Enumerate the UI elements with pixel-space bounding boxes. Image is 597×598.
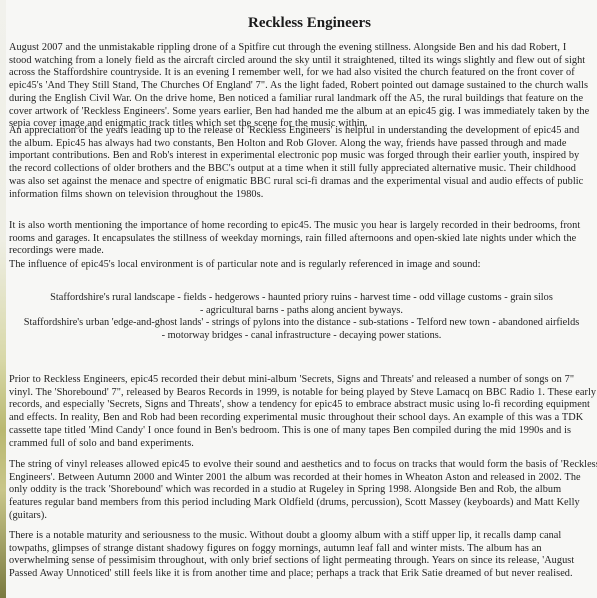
text-line: the album. Epic45 has always had two con… bbox=[9, 138, 583, 151]
text-line: stood watching from a lonely field as th… bbox=[9, 55, 589, 68]
text-line: Prior to Reckless Engineers, epic45 reco… bbox=[9, 374, 596, 387]
text-line: towpaths, glimpses of strange distant sh… bbox=[9, 543, 574, 556]
text-line: The influence of epic45's local environm… bbox=[9, 259, 481, 272]
text-line: rooms and garages. It encapsulates the s… bbox=[9, 233, 580, 246]
text-line: cassette tape titled 'Mind Candy' I once… bbox=[9, 425, 596, 438]
paragraph-early-releases: Prior to Reckless Engineers, epic45 reco… bbox=[9, 374, 596, 450]
paragraph-band-history: An appreciation of the years leading up … bbox=[9, 125, 583, 201]
influence-urban: Staffordshire's urban 'edge-and-ghost la… bbox=[9, 317, 594, 330]
influences-list: Staffordshire's rural landscape - fields… bbox=[9, 292, 594, 343]
text-line: crammed full of solo and band experiment… bbox=[9, 438, 596, 451]
text-line: during the English Civil War. On the dri… bbox=[9, 93, 589, 106]
text-line: epic45's 'And They Still Stand, The Chur… bbox=[9, 80, 589, 93]
text-line: recordings were made. bbox=[9, 245, 580, 258]
text-line: Passed Away Unnoticed' still feels like … bbox=[9, 568, 574, 581]
text-line: It is also worth mentioning the importan… bbox=[9, 220, 580, 233]
text-line: only oddity is the track 'Shorebound' wh… bbox=[9, 484, 597, 497]
text-line: records, and especially 'Secrets, Signs … bbox=[9, 399, 596, 412]
text-line: (guitars). bbox=[9, 510, 597, 523]
text-line: across the Staffordshire countryside. It… bbox=[9, 67, 589, 80]
text-line: important contributions. Ben and Rob's i… bbox=[9, 150, 583, 163]
text-line: vinyl. The 'Shorebound' 7", released by … bbox=[9, 387, 596, 400]
paragraph-home-recording: It is also worth mentioning the importan… bbox=[9, 220, 580, 258]
page-edge-binding bbox=[0, 0, 6, 598]
text-line: information films shown on television th… bbox=[9, 189, 583, 202]
text-line: There is a notable maturity and seriousn… bbox=[9, 530, 574, 543]
text-line: and effects. In reality, Ben and Rob had… bbox=[9, 412, 596, 425]
text-line: overwhelming sense of pessimisim through… bbox=[9, 555, 574, 568]
text-line: The string of vinyl releases allowed epi… bbox=[9, 459, 597, 472]
document-page: Reckless Engineers August 2007 and the u… bbox=[9, 0, 594, 33]
influence-rural-cont: - agricultural barns - paths along ancie… bbox=[9, 305, 594, 318]
text-line: cover artwork of 'Reckless Engineers'. S… bbox=[9, 106, 589, 119]
paragraph-local-environment: The influence of epic45's local environm… bbox=[9, 259, 481, 272]
text-line: An appreciation of the years leading up … bbox=[9, 125, 583, 138]
text-line: Engineers'. Between Autumn 2000 and Wint… bbox=[9, 472, 597, 485]
influence-urban-cont: - motorway bridges - canal infrastructur… bbox=[9, 330, 594, 343]
paragraph-album-mood: There is a notable maturity and seriousn… bbox=[9, 530, 574, 581]
text-line: August 2007 and the unmistakable ripplin… bbox=[9, 42, 589, 55]
text-line: the record collections of older brothers… bbox=[9, 163, 583, 176]
text-line: features regular band members from this … bbox=[9, 497, 597, 510]
paragraph-spitfire-intro: August 2007 and the unmistakable ripplin… bbox=[9, 42, 589, 131]
paragraph-recording-sessions: The string of vinyl releases allowed epi… bbox=[9, 459, 597, 523]
influence-rural: Staffordshire's rural landscape - fields… bbox=[9, 292, 594, 305]
page-title: Reckless Engineers bbox=[9, 13, 594, 33]
text-line: was also set against the menace and spec… bbox=[9, 176, 583, 189]
